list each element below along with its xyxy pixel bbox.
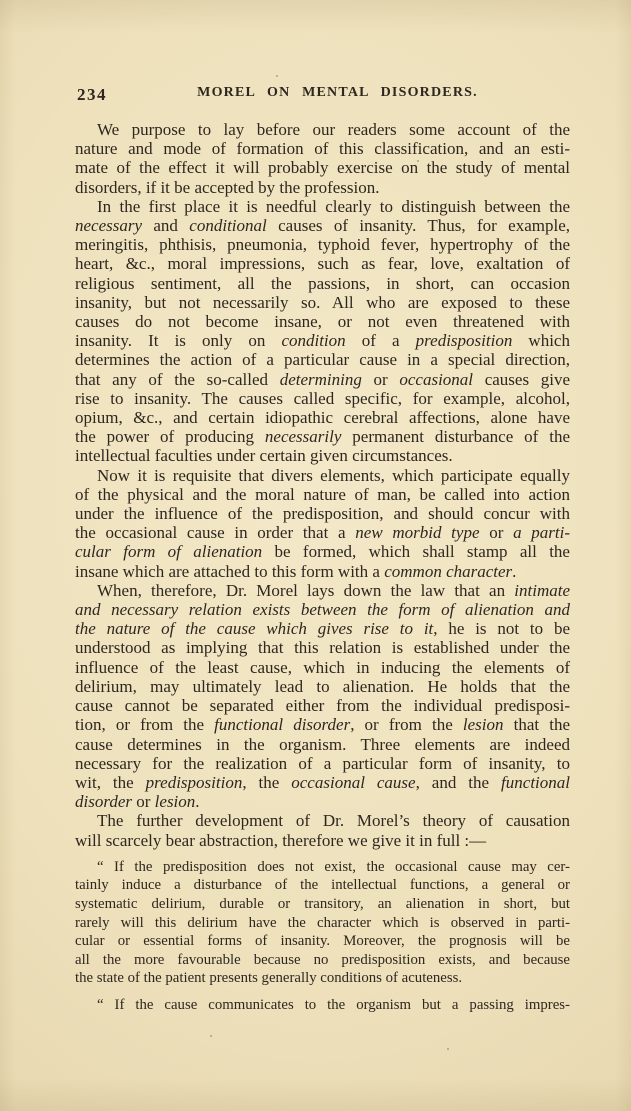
text-line: systematic delirium, durable or transito… bbox=[75, 895, 570, 914]
text-line: necessary and conditional causes of insa… bbox=[75, 216, 570, 235]
running-title: MOREL ON MENTAL DISORDERS. bbox=[75, 85, 570, 101]
paragraph: “ If the cause communicates to the organ… bbox=[75, 996, 570, 1015]
text-block: We purpose to lay before our readers som… bbox=[75, 120, 570, 1014]
text-line: heart, &c., moral impressions, such as f… bbox=[75, 254, 570, 273]
text-line: will scarcely bear abstraction, therefor… bbox=[75, 831, 570, 850]
paragraph: When, therefore, Dr. Morel lays down the… bbox=[75, 581, 570, 811]
text-line: the occasional cause in order that a new… bbox=[75, 523, 570, 542]
paragraph: Now it is requisite that divers elements… bbox=[75, 466, 570, 581]
page-header: 234 MOREL ON MENTAL DISORDERS. bbox=[75, 85, 570, 103]
text-line: tainly induce a disturbance of the intel… bbox=[75, 876, 570, 895]
text-line: opium, &c., and certain idiopathic cereb… bbox=[75, 408, 570, 427]
text-line: intellectual faculties under certain giv… bbox=[75, 446, 570, 465]
text-line: determines the action of a particular ca… bbox=[75, 350, 570, 369]
text-line: disorders, if it be accepted by the prof… bbox=[75, 178, 570, 197]
paragraph: “ If the predisposition does not exist, … bbox=[75, 858, 570, 988]
text-line: under the influence of the predispositio… bbox=[75, 504, 570, 523]
text-line: all the more favourable because no predi… bbox=[75, 951, 570, 970]
text-line: mate of the effect it will probably exer… bbox=[75, 158, 570, 177]
text-line: cause cannot be separated either from th… bbox=[75, 696, 570, 715]
paragraph: In the first place it is needful clearly… bbox=[75, 197, 570, 466]
text-line: We purpose to lay before our readers som… bbox=[75, 120, 570, 139]
paper-speck bbox=[210, 1035, 212, 1037]
text-line: insane which are attached to this form w… bbox=[75, 562, 570, 581]
text-line: the state of the patient presents genera… bbox=[75, 969, 570, 988]
paragraph: The further development of Dr. Morel’s t… bbox=[75, 811, 570, 849]
scanned-book-page: 234 MOREL ON MENTAL DISORDERS. We purpos… bbox=[0, 0, 631, 1111]
paper-speck bbox=[276, 75, 278, 77]
paper-speck bbox=[447, 1048, 449, 1050]
text-line: necessary for the realization of a parti… bbox=[75, 754, 570, 773]
text-line: Now it is requisite that divers elements… bbox=[75, 466, 570, 485]
text-line: cause determines in the organism. Three … bbox=[75, 735, 570, 754]
text-line: of the physical and the moral nature of … bbox=[75, 485, 570, 504]
text-line: wit, the predisposition, the occasional … bbox=[75, 773, 570, 792]
text-line: influence of the least cause, which in i… bbox=[75, 658, 570, 677]
page-number: 234 bbox=[77, 85, 107, 105]
text-line: cular form of alienation be formed, whic… bbox=[75, 542, 570, 561]
text-line: tion, or from the functional disorder, o… bbox=[75, 715, 570, 734]
text-line: “ If the predisposition does not exist, … bbox=[75, 858, 570, 877]
text-line: the nature of the cause which gives rise… bbox=[75, 619, 570, 638]
text-line: understood as implying that this relatio… bbox=[75, 638, 570, 657]
text-line: insanity, but not necessarily so. All wh… bbox=[75, 293, 570, 312]
text-line: meringitis, phthisis, pneumonia, typhoid… bbox=[75, 235, 570, 254]
text-line: nature and mode of formation of this cla… bbox=[75, 139, 570, 158]
paragraph: We purpose to lay before our readers som… bbox=[75, 120, 570, 197]
text-line: disorder or lesion. bbox=[75, 792, 570, 811]
text-line: and necessary relation exists between th… bbox=[75, 600, 570, 619]
text-line: “ If the cause communicates to the organ… bbox=[75, 996, 570, 1015]
text-line: religious sentiment, all the passions, i… bbox=[75, 274, 570, 293]
text-line: When, therefore, Dr. Morel lays down the… bbox=[75, 581, 570, 600]
text-line: rise to insanity. The causes called spec… bbox=[75, 389, 570, 408]
text-line: cular or essential forms of insanity. Mo… bbox=[75, 932, 570, 951]
text-line: causes do not become insane, or not even… bbox=[75, 312, 570, 331]
text-line: delirium, may ultimately lead to alienat… bbox=[75, 677, 570, 696]
text-line: In the first place it is needful clearly… bbox=[75, 197, 570, 216]
text-line: rarely will this delirium have the chara… bbox=[75, 914, 570, 933]
text-line: the power of producing necessarily perma… bbox=[75, 427, 570, 446]
text-line: that any of the so-called determining or… bbox=[75, 370, 570, 389]
text-line: The further development of Dr. Morel’s t… bbox=[75, 811, 570, 830]
text-line: insanity. It is only on condition of a p… bbox=[75, 331, 570, 350]
